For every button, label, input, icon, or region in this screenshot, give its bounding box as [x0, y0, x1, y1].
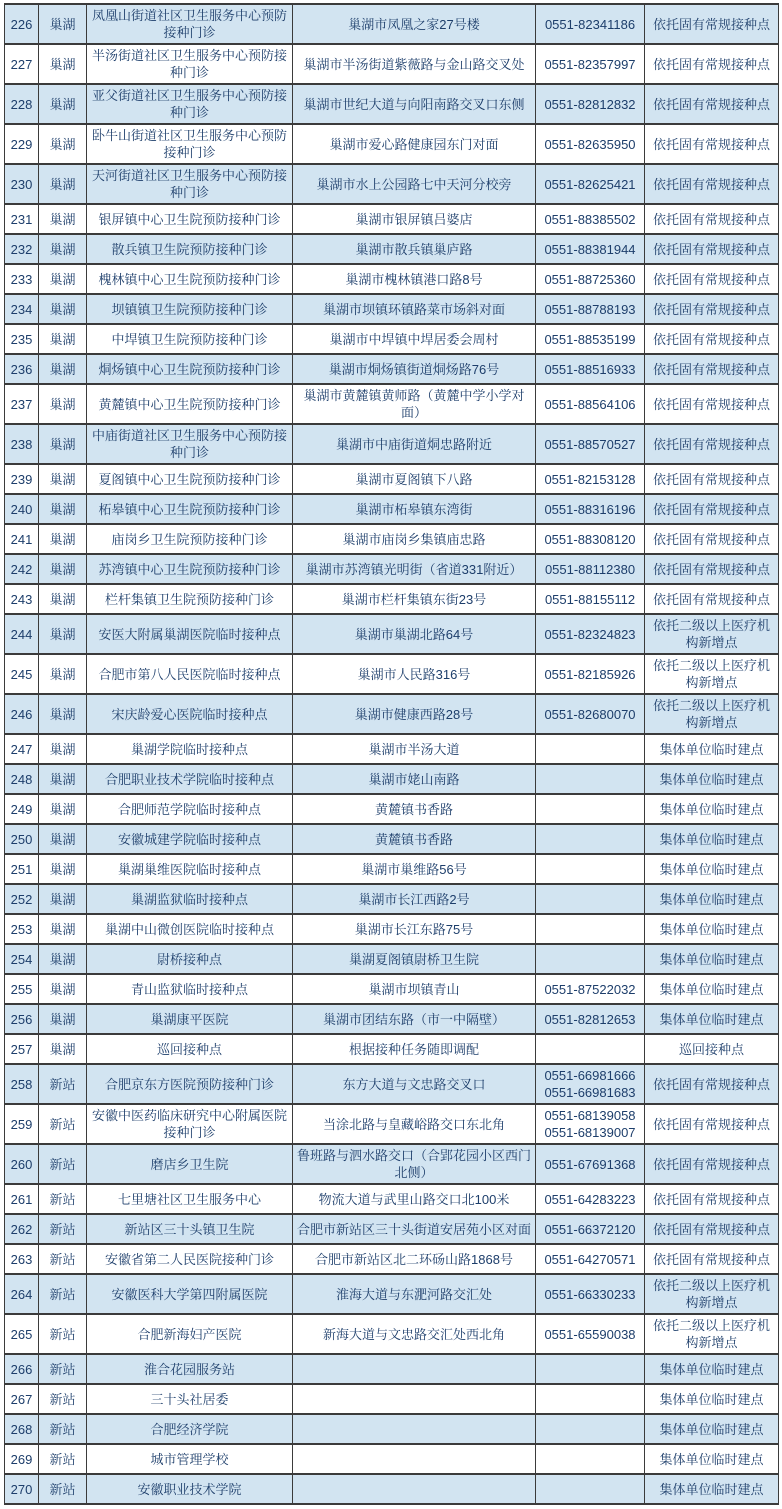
- type-cell: 依托固有常规接种点: [645, 234, 779, 264]
- row-number-cell: 227: [5, 44, 39, 84]
- address-cell: 巢湖市半汤大道: [293, 734, 536, 764]
- address-cell: 巢湖夏阁镇尉桥卫生院: [293, 944, 536, 974]
- table-row: 236 巢湖 烔炀镇中心卫生院预防接种门诊 巢湖市烔炀镇街道烔炀路76号 055…: [5, 354, 779, 384]
- address-cell: 巢湖市柘皋镇东湾街: [293, 494, 536, 524]
- table-row: 232 巢湖 散兵镇卫生院预防接种门诊 巢湖市散兵镇巢庐路 0551-88381…: [5, 234, 779, 264]
- type-cell: 依托固有常规接种点: [645, 44, 779, 84]
- address-cell: 巢湖市巢湖北路64号: [293, 614, 536, 654]
- address-cell: 巢湖市姥山南路: [293, 764, 536, 794]
- address-cell: 巢湖市水上公园路七中天河分校旁: [293, 164, 536, 204]
- address-cell: 巢湖市巢维路56号: [293, 854, 536, 884]
- district-cell: 巢湖: [39, 234, 87, 264]
- district-cell: 巢湖: [39, 494, 87, 524]
- type-cell: 依托固有常规接种点: [645, 4, 779, 44]
- address-cell: 巢湖市凤凰之家27号楼: [293, 4, 536, 44]
- address-cell: 巢湖市爱心路健康园东门对面: [293, 124, 536, 164]
- table-row: 267 新站 三十头社居委 集体单位临时建点: [5, 1384, 779, 1414]
- table-row: 256 巢湖 巢湖康平医院 巢湖市团结东路（市一中隔壁） 0551-828126…: [5, 1004, 779, 1034]
- vaccination-sites-table-wrap: 226 巢湖 凤凰山街道社区卫生服务中心预防接种门诊 巢湖市凤凰之家27号楼 0…: [0, 0, 782, 1509]
- type-cell: 依托固有常规接种点: [645, 354, 779, 384]
- table-row: 263 新站 安徽省第二人民医院接种门诊 合肥市新站区北二环砀山路1868号 0…: [5, 1244, 779, 1274]
- address-cell: 合肥市新站区三十头街道安居苑小区对面: [293, 1214, 536, 1244]
- district-cell: 新站: [39, 1064, 87, 1104]
- row-number-cell: 244: [5, 614, 39, 654]
- table-row: 262 新站 新站区三十头镇卫生院 合肥市新站区三十头街道安居苑小区对面 055…: [5, 1214, 779, 1244]
- row-number-cell: 233: [5, 264, 39, 294]
- table-row: 227 巢湖 半汤街道社区卫生服务中心预防接种门诊 巢湖市半汤街道紫薇路与金山路…: [5, 44, 779, 84]
- phone-cell: 0551-88112380: [536, 554, 645, 584]
- table-row: 260 新站 磨店乡卫生院 鲁班路与泗水路交口（合郢花园小区西门北侧） 0551…: [5, 1144, 779, 1184]
- table-row: 266 新站 淮合花园服务站 集体单位临时建点: [5, 1354, 779, 1384]
- row-number-cell: 258: [5, 1064, 39, 1104]
- phone-cell: [536, 884, 645, 914]
- district-cell: 新站: [39, 1144, 87, 1184]
- district-cell: 巢湖: [39, 1004, 87, 1034]
- row-number-cell: 255: [5, 974, 39, 1004]
- district-cell: 巢湖: [39, 554, 87, 584]
- table-row: 246 巢湖 宋庆龄爱心医院临时接种点 巢湖市健康西路28号 0551-8268…: [5, 694, 779, 734]
- phone-cell: 0551-88316196: [536, 494, 645, 524]
- table-row: 233 巢湖 槐林镇中心卫生院预防接种门诊 巢湖市槐林镇港口路8号 0551-8…: [5, 264, 779, 294]
- address-cell: 巢湖市黄麓镇黄师路（黄麓中学小学对面）: [293, 384, 536, 424]
- phone-cell: [536, 824, 645, 854]
- site-name-cell: 银屏镇中心卫生院预防接种门诊: [87, 204, 293, 234]
- type-cell: 集体单位临时建点: [645, 1384, 779, 1414]
- row-number-cell: 241: [5, 524, 39, 554]
- site-name-cell: 坝镇镇卫生院预防接种门诊: [87, 294, 293, 324]
- table-row: 254 巢湖 尉桥接种点 巢湖夏阁镇尉桥卫生院 集体单位临时建点: [5, 944, 779, 974]
- table-row: 264 新站 安徽医科大学第四附属医院 淮海大道与东淝河路交汇处 0551-66…: [5, 1274, 779, 1314]
- phone-cell: 0551-88308120: [536, 524, 645, 554]
- phone-cell: [536, 1354, 645, 1384]
- phone-cell: [536, 854, 645, 884]
- table-row: 257 巢湖 巡回接种点 根据接种任务随即调配 巡回接种点: [5, 1034, 779, 1064]
- row-number-cell: 247: [5, 734, 39, 764]
- row-number-cell: 238: [5, 424, 39, 464]
- site-name-cell: 槐林镇中心卫生院预防接种门诊: [87, 264, 293, 294]
- site-name-cell: 尉桥接种点: [87, 944, 293, 974]
- type-cell: 依托固有常规接种点: [645, 464, 779, 494]
- row-number-cell: 237: [5, 384, 39, 424]
- table-row: 265 新站 合肥新海妇产医院 新海大道与文忠路交汇处西北角 0551-6559…: [5, 1314, 779, 1354]
- type-cell: 依托二级以上医疗机构新增点: [645, 1274, 779, 1314]
- address-cell: 巢湖市烔炀镇街道烔炀路76号: [293, 354, 536, 384]
- phone-cell: [536, 794, 645, 824]
- site-name-cell: 凤凰山街道社区卫生服务中心预防接种门诊: [87, 4, 293, 44]
- address-cell: 巢湖市槐林镇港口路8号: [293, 264, 536, 294]
- address-cell: 巢湖市半汤街道紫薇路与金山路交叉处: [293, 44, 536, 84]
- site-name-cell: 合肥师范学院临时接种点: [87, 794, 293, 824]
- site-name-cell: 夏阁镇中心卫生院预防接种门诊: [87, 464, 293, 494]
- site-name-cell: 半汤街道社区卫生服务中心预防接种门诊: [87, 44, 293, 84]
- row-number-cell: 250: [5, 824, 39, 854]
- table-row: 237 巢湖 黄麓镇中心卫生院预防接种门诊 巢湖市黄麓镇黄师路（黄麓中学小学对面…: [5, 384, 779, 424]
- row-number-cell: 266: [5, 1354, 39, 1384]
- table-row: 252 巢湖 巢湖监狱临时接种点 巢湖市长江西路2号 集体单位临时建点: [5, 884, 779, 914]
- row-number-cell: 261: [5, 1184, 39, 1214]
- table-row: 242 巢湖 苏湾镇中心卫生院预防接种门诊 巢湖市苏湾镇光明街（省道331附近）…: [5, 554, 779, 584]
- site-name-cell: 巢湖康平医院: [87, 1004, 293, 1034]
- district-cell: 巢湖: [39, 44, 87, 84]
- phone-cell: [536, 944, 645, 974]
- row-number-cell: 226: [5, 4, 39, 44]
- table-row: 240 巢湖 柘皋镇中心卫生院预防接种门诊 巢湖市柘皋镇东湾街 0551-883…: [5, 494, 779, 524]
- phone-cell: 0551-88570527: [536, 424, 645, 464]
- row-number-cell: 234: [5, 294, 39, 324]
- district-cell: 新站: [39, 1214, 87, 1244]
- row-number-cell: 236: [5, 354, 39, 384]
- district-cell: 巢湖: [39, 204, 87, 234]
- phone-cell: [536, 1414, 645, 1444]
- type-cell: 依托固有常规接种点: [645, 524, 779, 554]
- table-row: 259 新站 安徽中医药临床研究中心附属医院接种门诊 当涂北路与皇藏峪路交口东北…: [5, 1104, 779, 1144]
- site-name-cell: 青山监狱临时接种点: [87, 974, 293, 1004]
- district-cell: 巢湖: [39, 1034, 87, 1064]
- table-row: 258 新站 合肥京东方医院预防接种门诊 东方大道与文忠路交叉口 0551-66…: [5, 1064, 779, 1104]
- site-name-cell: 柘皋镇中心卫生院预防接种门诊: [87, 494, 293, 524]
- district-cell: 巢湖: [39, 384, 87, 424]
- type-cell: 集体单位临时建点: [645, 974, 779, 1004]
- site-name-cell: 庙岗乡卫生院预防接种门诊: [87, 524, 293, 554]
- row-number-cell: 252: [5, 884, 39, 914]
- type-cell: 集体单位临时建点: [645, 944, 779, 974]
- type-cell: 依托固有常规接种点: [645, 1244, 779, 1274]
- site-name-cell: 巢湖监狱临时接种点: [87, 884, 293, 914]
- address-cell: 巢湖市庙岗乡集镇庙忠路: [293, 524, 536, 554]
- address-cell: 物流大道与武里山路交口北100米: [293, 1184, 536, 1214]
- site-name-cell: 散兵镇卫生院预防接种门诊: [87, 234, 293, 264]
- phone-cell: 0551-67691368: [536, 1144, 645, 1184]
- type-cell: 集体单位临时建点: [645, 1004, 779, 1034]
- type-cell: 依托固有常规接种点: [645, 1144, 779, 1184]
- address-cell: 巢湖市长江西路2号: [293, 884, 536, 914]
- district-cell: 巢湖: [39, 694, 87, 734]
- phone-cell: 0551-88564106: [536, 384, 645, 424]
- row-number-cell: 231: [5, 204, 39, 234]
- table-row: 230 巢湖 天河街道社区卫生服务中心预防接种门诊 巢湖市水上公园路七中天河分校…: [5, 164, 779, 204]
- district-cell: 巢湖: [39, 124, 87, 164]
- phone-cell: 0551-88535199: [536, 324, 645, 354]
- phone-cell: 0551-66981666 0551-66981683: [536, 1064, 645, 1104]
- site-name-cell: 苏湾镇中心卫生院预防接种门诊: [87, 554, 293, 584]
- site-name-cell: 淮合花园服务站: [87, 1354, 293, 1384]
- district-cell: 巢湖: [39, 84, 87, 124]
- type-cell: 集体单位临时建点: [645, 854, 779, 884]
- site-name-cell: 卧牛山街道社区卫生服务中心预防接种门诊: [87, 124, 293, 164]
- address-cell: 淮海大道与东淝河路交汇处: [293, 1274, 536, 1314]
- site-name-cell: 安徽中医药临床研究中心附属医院接种门诊: [87, 1104, 293, 1144]
- district-cell: 新站: [39, 1274, 87, 1314]
- site-name-cell: 中垾镇卫生院预防接种门诊: [87, 324, 293, 354]
- address-cell: 巢湖市散兵镇巢庐路: [293, 234, 536, 264]
- type-cell: 集体单位临时建点: [645, 734, 779, 764]
- site-name-cell: 安徽医科大学第四附属医院: [87, 1274, 293, 1314]
- site-name-cell: 栏杆集镇卫生院预防接种门诊: [87, 584, 293, 614]
- row-number-cell: 260: [5, 1144, 39, 1184]
- type-cell: 集体单位临时建点: [645, 824, 779, 854]
- address-cell: 巢湖市长江东路75号: [293, 914, 536, 944]
- site-name-cell: 黄麓镇中心卫生院预防接种门诊: [87, 384, 293, 424]
- row-number-cell: 268: [5, 1414, 39, 1444]
- table-row: 243 巢湖 栏杆集镇卫生院预防接种门诊 巢湖市栏杆集镇东街23号 0551-8…: [5, 584, 779, 614]
- district-cell: 巢湖: [39, 264, 87, 294]
- type-cell: 依托固有常规接种点: [645, 584, 779, 614]
- district-cell: 巢湖: [39, 4, 87, 44]
- address-cell: 鲁班路与泗水路交口（合郢花园小区西门北侧）: [293, 1144, 536, 1184]
- site-name-cell: 新站区三十头镇卫生院: [87, 1214, 293, 1244]
- table-row: 231 巢湖 银屏镇中心卫生院预防接种门诊 巢湖市银屏镇吕婆店 0551-883…: [5, 204, 779, 234]
- district-cell: 新站: [39, 1244, 87, 1274]
- address-cell: 当涂北路与皇藏峪路交口东北角: [293, 1104, 536, 1144]
- district-cell: 巢湖: [39, 164, 87, 204]
- phone-cell: 0551-88385502: [536, 204, 645, 234]
- table-row: 261 新站 七里塘社区卫生服务中心 物流大道与武里山路交口北100米 0551…: [5, 1184, 779, 1214]
- phone-cell: [536, 914, 645, 944]
- row-number-cell: 259: [5, 1104, 39, 1144]
- site-name-cell: 磨店乡卫生院: [87, 1144, 293, 1184]
- site-name-cell: 安徽省第二人民医院接种门诊: [87, 1244, 293, 1274]
- type-cell: 依托固有常规接种点: [645, 294, 779, 324]
- row-number-cell: 256: [5, 1004, 39, 1034]
- phone-cell: [536, 1034, 645, 1064]
- site-name-cell: 巢湖巢维医院临时接种点: [87, 854, 293, 884]
- district-cell: 巢湖: [39, 424, 87, 464]
- district-cell: 新站: [39, 1104, 87, 1144]
- phone-cell: 0551-65590038: [536, 1314, 645, 1354]
- table-row: 249 巢湖 合肥师范学院临时接种点 黄麓镇书香路 集体单位临时建点: [5, 794, 779, 824]
- phone-cell: 0551-82185926: [536, 654, 645, 694]
- type-cell: 依托固有常规接种点: [645, 554, 779, 584]
- site-name-cell: 合肥京东方医院预防接种门诊: [87, 1064, 293, 1104]
- row-number-cell: 230: [5, 164, 39, 204]
- address-cell: [293, 1414, 536, 1444]
- site-name-cell: 亚父街道社区卫生服务中心预防接种门诊: [87, 84, 293, 124]
- phone-cell: 0551-64283223: [536, 1184, 645, 1214]
- row-number-cell: 242: [5, 554, 39, 584]
- address-cell: 巢湖市中垾镇中垾居委会周村: [293, 324, 536, 354]
- type-cell: 依托固有常规接种点: [645, 424, 779, 464]
- table-row: 235 巢湖 中垾镇卫生院预防接种门诊 巢湖市中垾镇中垾居委会周村 0551-8…: [5, 324, 779, 354]
- phone-cell: 0551-82341186: [536, 4, 645, 44]
- district-cell: 巢湖: [39, 654, 87, 694]
- phone-cell: 0551-64270571: [536, 1244, 645, 1274]
- district-cell: 巢湖: [39, 614, 87, 654]
- district-cell: 新站: [39, 1444, 87, 1474]
- table-row: 247 巢湖 巢湖学院临时接种点 巢湖市半汤大道 集体单位临时建点: [5, 734, 779, 764]
- phone-cell: [536, 734, 645, 764]
- district-cell: 巢湖: [39, 584, 87, 614]
- phone-cell: [536, 1384, 645, 1414]
- address-cell: 根据接种任务随即调配: [293, 1034, 536, 1064]
- row-number-cell: 254: [5, 944, 39, 974]
- type-cell: 依托二级以上医疗机构新增点: [645, 654, 779, 694]
- table-row: 228 巢湖 亚父街道社区卫生服务中心预防接种门诊 巢湖市世纪大道与向阳南路交叉…: [5, 84, 779, 124]
- site-name-cell: 巢湖学院临时接种点: [87, 734, 293, 764]
- row-number-cell: 253: [5, 914, 39, 944]
- type-cell: 集体单位临时建点: [645, 1444, 779, 1474]
- table-row: 250 巢湖 安徽城建学院临时接种点 黄麓镇书香路 集体单位临时建点: [5, 824, 779, 854]
- type-cell: 依托二级以上医疗机构新增点: [645, 1314, 779, 1354]
- type-cell: 集体单位临时建点: [645, 1414, 779, 1444]
- address-cell: 巢湖市人民路316号: [293, 654, 536, 694]
- site-name-cell: 合肥市第八人民医院临时接种点: [87, 654, 293, 694]
- type-cell: 依托固有常规接种点: [645, 124, 779, 164]
- table-row: 229 巢湖 卧牛山街道社区卫生服务中心预防接种门诊 巢湖市爱心路健康园东门对面…: [5, 124, 779, 164]
- table-row: 255 巢湖 青山监狱临时接种点 巢湖市坝镇青山 0551-87522032 集…: [5, 974, 779, 1004]
- phone-cell: 0551-82324823: [536, 614, 645, 654]
- row-number-cell: 264: [5, 1274, 39, 1314]
- vaccination-sites-table: 226 巢湖 凤凰山街道社区卫生服务中心预防接种门诊 巢湖市凤凰之家27号楼 0…: [4, 3, 779, 1505]
- address-cell: 新海大道与文忠路交汇处西北角: [293, 1314, 536, 1354]
- phone-cell: [536, 1444, 645, 1474]
- row-number-cell: 246: [5, 694, 39, 734]
- phone-cell: 0551-82812832: [536, 84, 645, 124]
- row-number-cell: 245: [5, 654, 39, 694]
- type-cell: 依托固有常规接种点: [645, 264, 779, 294]
- address-cell: [293, 1354, 536, 1384]
- type-cell: 集体单位临时建点: [645, 1354, 779, 1384]
- table-row: 244 巢湖 安医大附属巢湖医院临时接种点 巢湖市巢湖北路64号 0551-82…: [5, 614, 779, 654]
- row-number-cell: 229: [5, 124, 39, 164]
- district-cell: 巢湖: [39, 794, 87, 824]
- district-cell: 巢湖: [39, 824, 87, 854]
- type-cell: 依托固有常规接种点: [645, 1064, 779, 1104]
- type-cell: 依托固有常规接种点: [645, 1104, 779, 1144]
- row-number-cell: 232: [5, 234, 39, 264]
- address-cell: 巢湖市银屏镇吕婆店: [293, 204, 536, 234]
- site-name-cell: 三十头社居委: [87, 1384, 293, 1414]
- row-number-cell: 265: [5, 1314, 39, 1354]
- row-number-cell: 240: [5, 494, 39, 524]
- phone-cell: 0551-82635950: [536, 124, 645, 164]
- row-number-cell: 235: [5, 324, 39, 354]
- phone-cell: 0551-82357997: [536, 44, 645, 84]
- phone-cell: 0551-66372120: [536, 1214, 645, 1244]
- address-cell: 巢湖市夏阁镇下八路: [293, 464, 536, 494]
- site-name-cell: 城市管理学校: [87, 1444, 293, 1474]
- district-cell: 巢湖: [39, 854, 87, 884]
- site-name-cell: 烔炀镇中心卫生院预防接种门诊: [87, 354, 293, 384]
- row-number-cell: 228: [5, 84, 39, 124]
- table-body: 226 巢湖 凤凰山街道社区卫生服务中心预防接种门诊 巢湖市凤凰之家27号楼 0…: [5, 4, 779, 1504]
- row-number-cell: 251: [5, 854, 39, 884]
- row-number-cell: 249: [5, 794, 39, 824]
- phone-cell: 0551-82680070: [536, 694, 645, 734]
- row-number-cell: 263: [5, 1244, 39, 1274]
- type-cell: 依托固有常规接种点: [645, 204, 779, 234]
- district-cell: 新站: [39, 1384, 87, 1414]
- phone-cell: 0551-82625421: [536, 164, 645, 204]
- address-cell: 黄麓镇书香路: [293, 824, 536, 854]
- type-cell: 集体单位临时建点: [645, 914, 779, 944]
- district-cell: 巢湖: [39, 294, 87, 324]
- phone-cell: 0551-88155112: [536, 584, 645, 614]
- district-cell: 巢湖: [39, 524, 87, 554]
- district-cell: 新站: [39, 1184, 87, 1214]
- address-cell: 巢湖市中庙街道烔忠路附近: [293, 424, 536, 464]
- phone-cell: 0551-82812653: [536, 1004, 645, 1034]
- district-cell: 巢湖: [39, 914, 87, 944]
- address-cell: 巢湖市栏杆集镇东街23号: [293, 584, 536, 614]
- district-cell: 巢湖: [39, 944, 87, 974]
- row-number-cell: 243: [5, 584, 39, 614]
- table-row: 226 巢湖 凤凰山街道社区卫生服务中心预防接种门诊 巢湖市凤凰之家27号楼 0…: [5, 4, 779, 44]
- row-number-cell: 248: [5, 764, 39, 794]
- table-row: 241 巢湖 庙岗乡卫生院预防接种门诊 巢湖市庙岗乡集镇庙忠路 0551-883…: [5, 524, 779, 554]
- table-row: 253 巢湖 巢湖中山微创医院临时接种点 巢湖市长江东路75号 集体单位临时建点: [5, 914, 779, 944]
- row-number-cell: 267: [5, 1384, 39, 1414]
- type-cell: 巡回接种点: [645, 1034, 779, 1064]
- type-cell: 依托固有常规接种点: [645, 324, 779, 354]
- type-cell: 集体单位临时建点: [645, 764, 779, 794]
- type-cell: 依托固有常规接种点: [645, 164, 779, 204]
- type-cell: 集体单位临时建点: [645, 794, 779, 824]
- district-cell: 巢湖: [39, 464, 87, 494]
- phone-cell: 0551-66330233: [536, 1274, 645, 1314]
- phone-cell: 0551-88788193: [536, 294, 645, 324]
- type-cell: 依托二级以上医疗机构新增点: [645, 694, 779, 734]
- site-name-cell: 天河街道社区卫生服务中心预防接种门诊: [87, 164, 293, 204]
- row-number-cell: 269: [5, 1444, 39, 1474]
- district-cell: 巢湖: [39, 324, 87, 354]
- address-cell: [293, 1384, 536, 1414]
- phone-cell: 0551-87522032: [536, 974, 645, 1004]
- district-cell: 新站: [39, 1354, 87, 1384]
- site-name-cell: 合肥新海妇产医院: [87, 1314, 293, 1354]
- address-cell: 巢湖市坝镇青山: [293, 974, 536, 1004]
- table-row: 251 巢湖 巢湖巢维医院临时接种点 巢湖市巢维路56号 集体单位临时建点: [5, 854, 779, 884]
- type-cell: 依托固有常规接种点: [645, 384, 779, 424]
- phone-cell: 0551-88725360: [536, 264, 645, 294]
- site-name-cell: 安徽城建学院临时接种点: [87, 824, 293, 854]
- address-cell: 巢湖市健康西路28号: [293, 694, 536, 734]
- address-cell: 巢湖市团结东路（市一中隔壁）: [293, 1004, 536, 1034]
- district-cell: 巢湖: [39, 974, 87, 1004]
- address-cell: 巢湖市苏湾镇光明街（省道331附近）: [293, 554, 536, 584]
- district-cell: 巢湖: [39, 354, 87, 384]
- site-name-cell: 巢湖中山微创医院临时接种点: [87, 914, 293, 944]
- address-cell: 合肥市新站区北二环砀山路1868号: [293, 1244, 536, 1274]
- district-cell: 巢湖: [39, 884, 87, 914]
- district-cell: 巢湖: [39, 764, 87, 794]
- table-row: 239 巢湖 夏阁镇中心卫生院预防接种门诊 巢湖市夏阁镇下八路 0551-821…: [5, 464, 779, 494]
- row-number-cell: 257: [5, 1034, 39, 1064]
- phone-cell: 0551-88381944: [536, 234, 645, 264]
- site-name-cell: 合肥经济学院: [87, 1414, 293, 1444]
- district-cell: 新站: [39, 1414, 87, 1444]
- site-name-cell: 宋庆龄爱心医院临时接种点: [87, 694, 293, 734]
- table-row: 269 新站 城市管理学校 集体单位临时建点: [5, 1444, 779, 1474]
- address-cell: 黄麓镇书香路: [293, 794, 536, 824]
- type-cell: 依托二级以上医疗机构新增点: [645, 614, 779, 654]
- type-cell: 依托固有常规接种点: [645, 84, 779, 124]
- type-cell: 依托固有常规接种点: [645, 494, 779, 524]
- table-row: 245 巢湖 合肥市第八人民医院临时接种点 巢湖市人民路316号 0551-82…: [5, 654, 779, 694]
- address-cell: 巢湖市坝镇环镇路菜市场斜对面: [293, 294, 536, 324]
- type-cell: 集体单位临时建点: [645, 884, 779, 914]
- address-cell: 东方大道与文忠路交叉口: [293, 1064, 536, 1104]
- district-cell: 巢湖: [39, 734, 87, 764]
- site-name-cell: 合肥职业技术学院临时接种点: [87, 764, 293, 794]
- site-name-cell: 安医大附属巢湖医院临时接种点: [87, 614, 293, 654]
- address-cell: [293, 1444, 536, 1474]
- address-cell: 巢湖市世纪大道与向阳南路交叉口东侧: [293, 84, 536, 124]
- phone-cell: 0551-82153128: [536, 464, 645, 494]
- site-name-cell: 巡回接种点: [87, 1034, 293, 1064]
- table-row: 234 巢湖 坝镇镇卫生院预防接种门诊 巢湖市坝镇环镇路菜市场斜对面 0551-…: [5, 294, 779, 324]
- type-cell: 依托固有常规接种点: [645, 1214, 779, 1244]
- phone-cell: 0551-68139058 0551-68139007: [536, 1104, 645, 1144]
